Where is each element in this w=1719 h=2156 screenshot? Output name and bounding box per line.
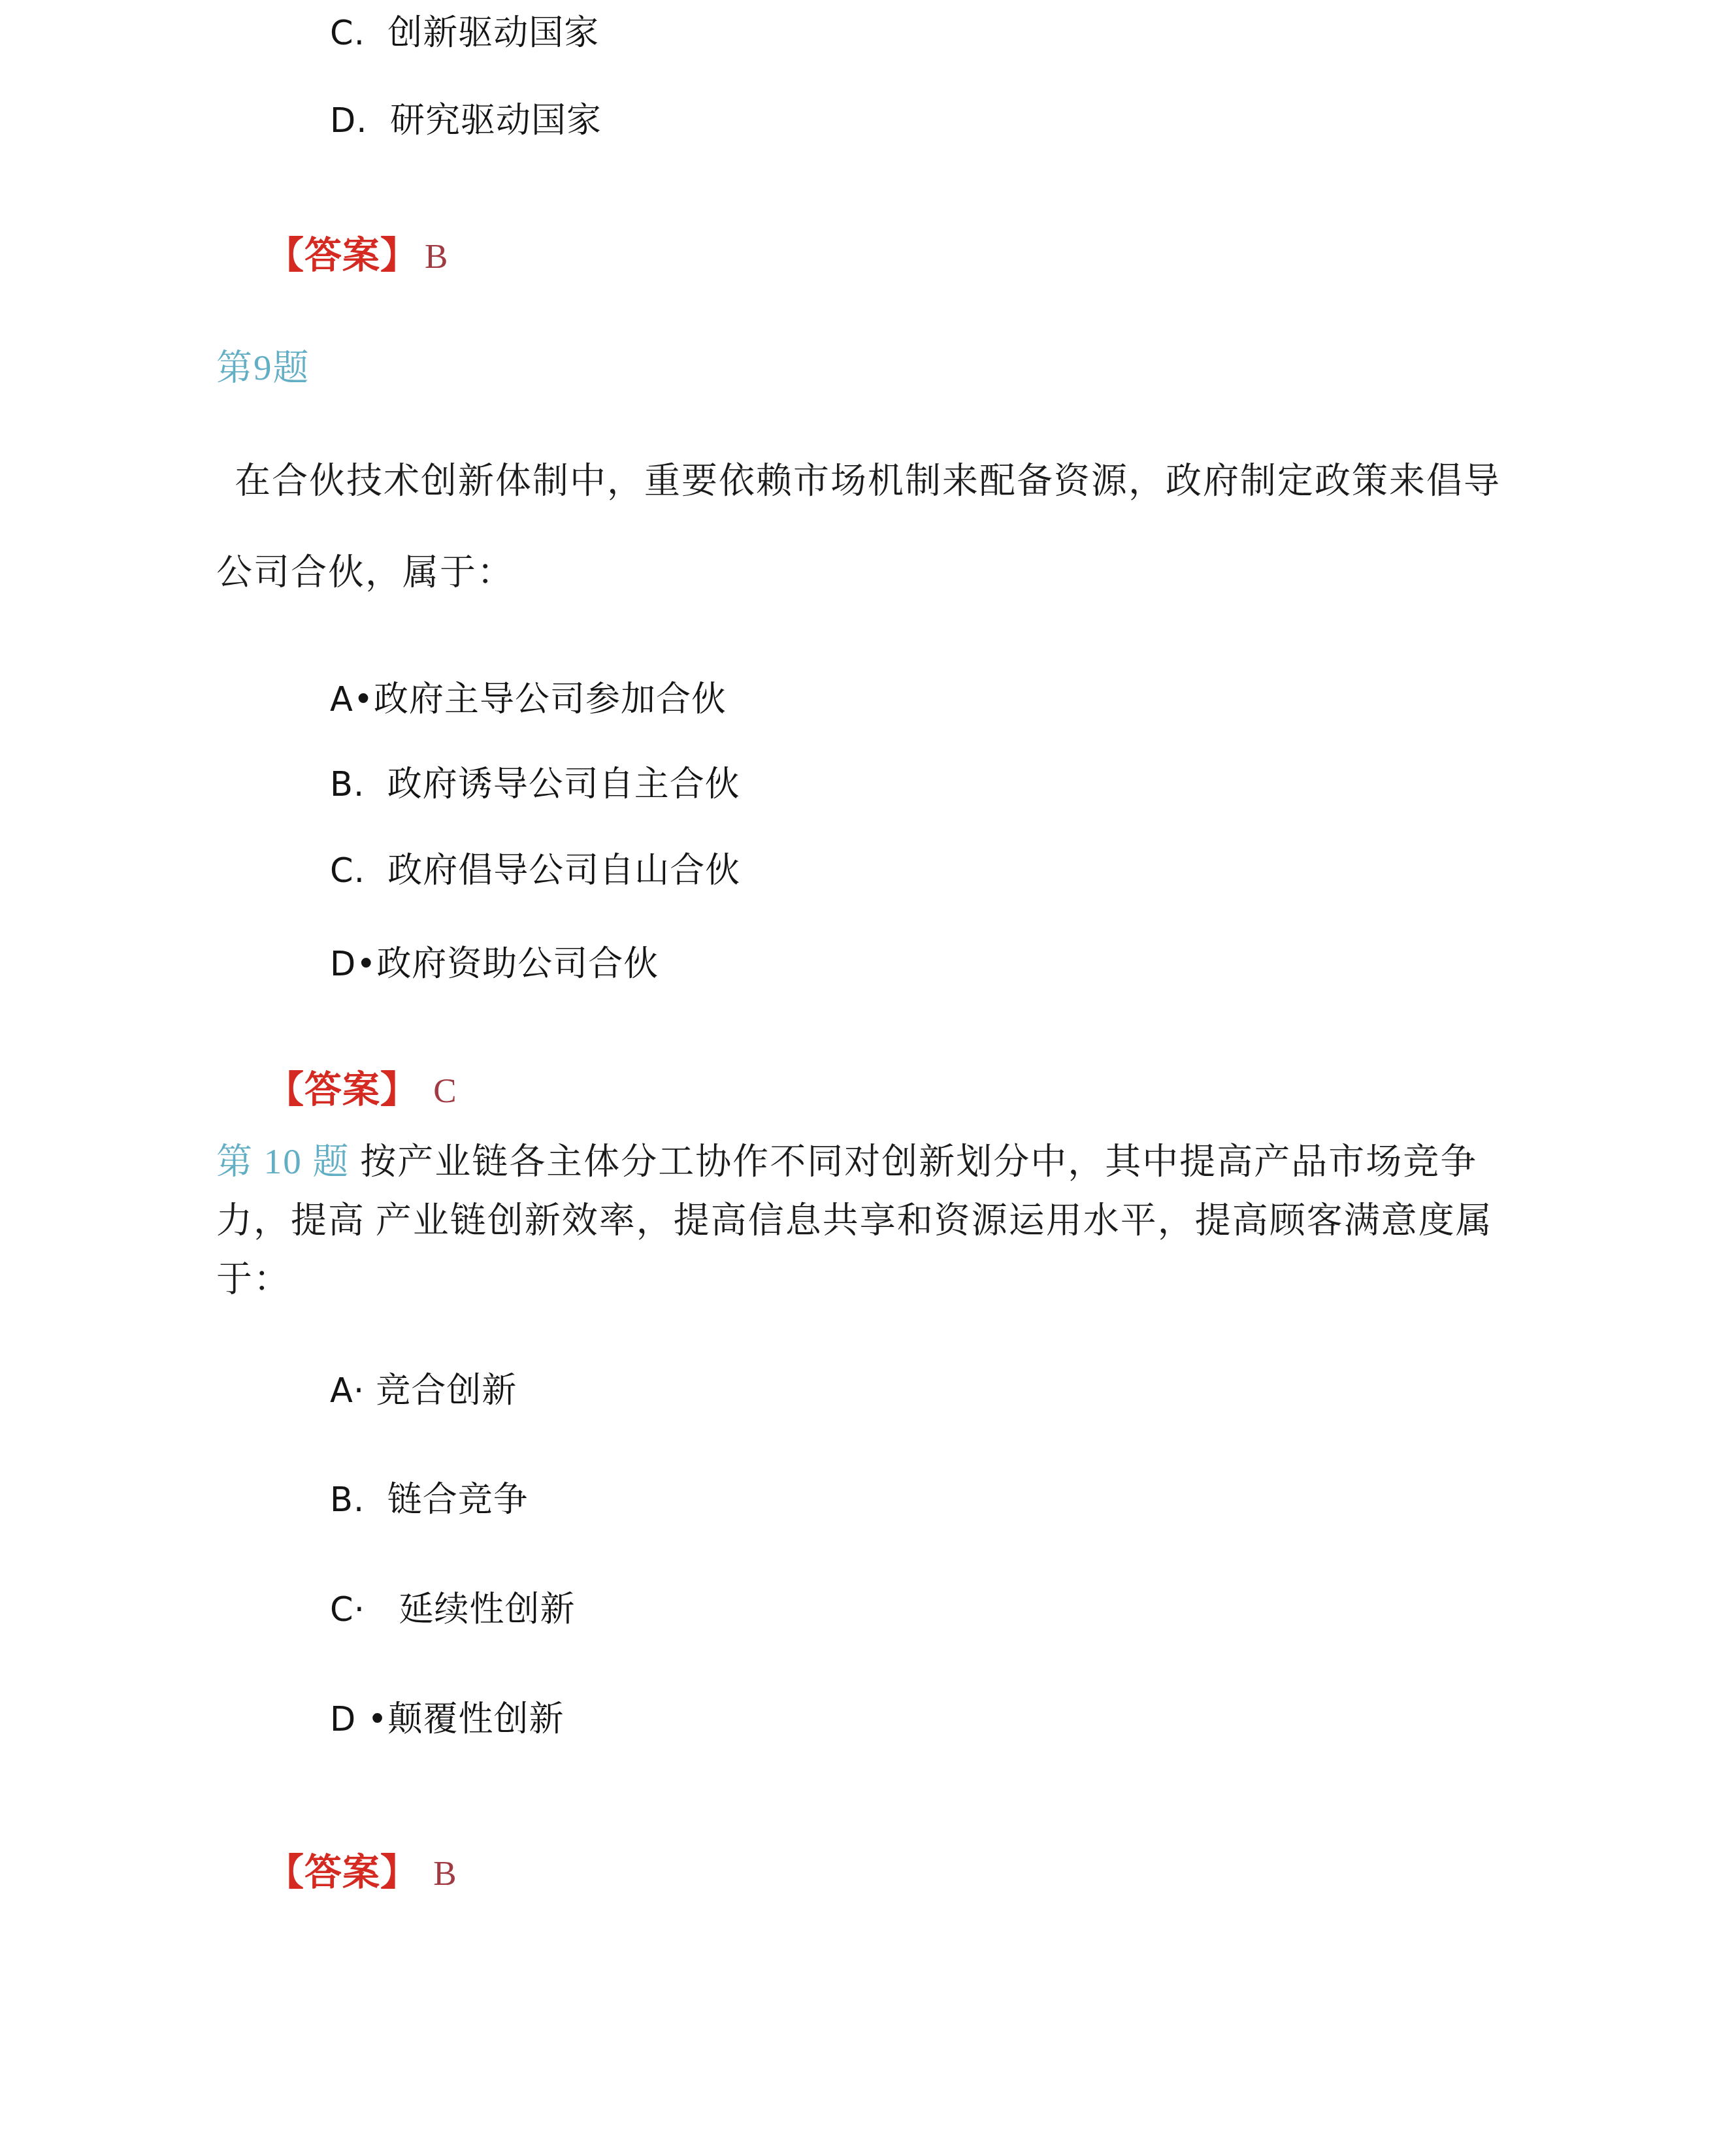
q9-option-c-letter: C — [330, 852, 354, 890]
q9-answer-prefix: 【答案】 — [267, 1070, 418, 1111]
q8-option-c-text: 创新驱动国家 — [387, 14, 599, 52]
q10-option-d-letter: D — [330, 1701, 356, 1739]
q9-option-d: D•政府资助公司合伙 — [330, 936, 659, 986]
q8-answer-prefix: 【答案】 — [267, 235, 418, 276]
q8-option-d-separator: . — [356, 102, 390, 140]
q9-option-c: C. 政府倡导公司自山合伙 — [330, 843, 740, 892]
document-page: C. 创新驱动国家 D. 研究驱动国家 【答案】B 第9题 在合伙技术创新体制中… — [0, 0, 1719, 2156]
q9-option-a-text: 政府主导公司参加合伙 — [374, 681, 727, 719]
q9-text-line1: 在合伙技术创新体制中，重要依赖市场机制来配备资源，政府制定政策来倡导 — [216, 459, 1523, 502]
q10-option-a-text: 竞合创新 — [376, 1372, 517, 1410]
q9-option-c-separator: . — [354, 852, 388, 890]
q10-option-d: D •颠覆性创新 — [330, 1691, 565, 1741]
q10-answer-prefix: 【答案】 — [267, 1852, 418, 1893]
q10-text-line2: 力，提高 产业链创新效率，提高信息共享和资源运用水平，提高顾客满意度属 — [216, 1199, 1523, 1242]
q10-option-b-text: 链合竞争 — [387, 1481, 529, 1519]
q8-option-d-text: 研究驱动国家 — [390, 102, 602, 140]
q10-option-b: B. 链合竞争 — [330, 1472, 529, 1522]
q8-option-d: D. 研究驱动国家 — [330, 93, 602, 142]
q10-heading: 第 10 题 — [216, 1141, 350, 1181]
q9-option-a-separator: • — [353, 681, 374, 719]
q9-heading: 第9题 — [216, 338, 310, 390]
q10-option-c-letter: C — [330, 1591, 354, 1629]
q10-text-line1: 第 10 题 按产业链各主体分工协作不同对创新划分中，其中提高产品市场竞争 — [216, 1140, 1523, 1183]
q10-text-line1-rest: 按产业链各主体分工协作不同对创新划分中，其中提高产品市场竞争 — [350, 1141, 1478, 1181]
q10-option-b-letter: B — [330, 1481, 353, 1520]
q9-option-a: A•政府主导公司参加合伙 — [330, 672, 727, 721]
q10-option-c: C· 延续性创新 — [330, 1582, 575, 1631]
q8-answer-letter: B — [425, 238, 448, 276]
q10-text-line3: 于： — [216, 1258, 1523, 1301]
q9-answer-letter: C — [425, 1072, 457, 1110]
q9-option-b-letter: B — [330, 766, 353, 804]
q9-option-b: B. 政府诱导公司自主合伙 — [330, 757, 740, 806]
q10-answer: 【答案】 B — [267, 1842, 457, 1896]
q9-answer: 【答案】 C — [267, 1060, 457, 1113]
q10-option-a-letter: A — [330, 1372, 353, 1411]
q8-option-d-letter: D — [330, 102, 356, 140]
q10-answer-letter: B — [425, 1855, 457, 1893]
q10-option-d-separator: • — [356, 1701, 387, 1739]
q9-option-d-separator: • — [356, 945, 376, 984]
q9-option-a-letter: A — [330, 681, 353, 719]
q9-option-b-text: 政府诱导公司自主合伙 — [387, 766, 740, 804]
q10-option-c-separator: · — [354, 1591, 399, 1629]
q8-option-c-letter: C — [330, 14, 354, 53]
q8-option-c-separator: . — [354, 14, 388, 53]
q9-text-line2: 公司合伙，属于： — [216, 551, 1523, 594]
q9-option-b-separator: . — [353, 766, 387, 804]
q8-option-c: C. 创新驱动国家 — [330, 5, 599, 55]
q9-option-d-text: 政府资助公司合伙 — [376, 945, 659, 983]
q9-option-c-text: 政府倡导公司自山合伙 — [387, 852, 740, 890]
q10-option-a: A· 竞合创新 — [330, 1363, 517, 1413]
q9-option-d-letter: D — [330, 945, 356, 984]
q10-option-d-text: 颠覆性创新 — [388, 1701, 565, 1739]
q10-option-b-separator: . — [353, 1481, 387, 1520]
q10-option-a-separator: · — [353, 1372, 376, 1411]
q10-option-c-text: 延续性创新 — [399, 1591, 575, 1629]
q8-answer: 【答案】B — [267, 225, 448, 279]
